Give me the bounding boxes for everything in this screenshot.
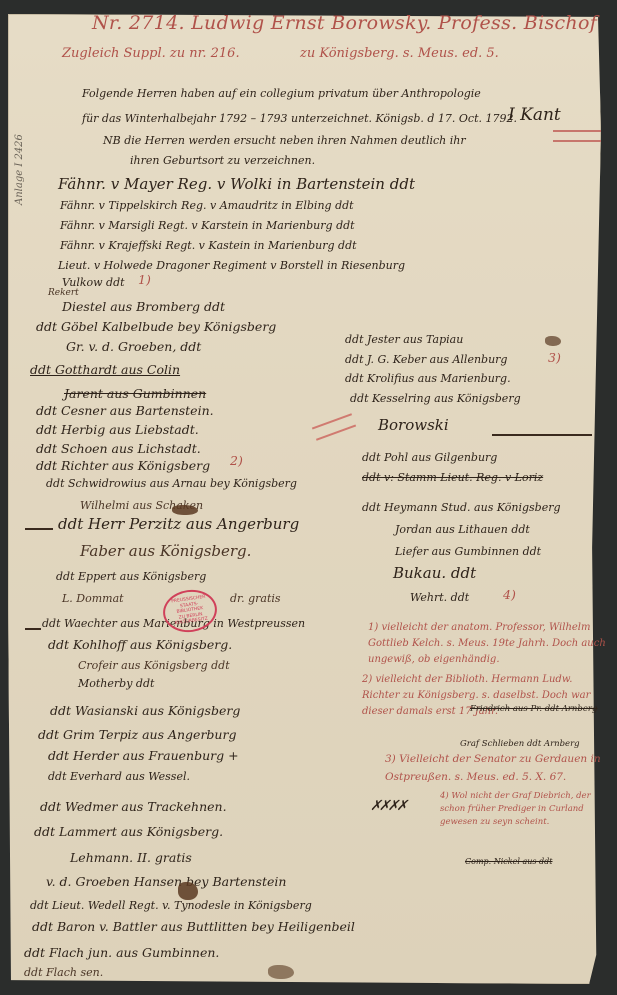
entry: Crofeir aus Königsberg ddt xyxy=(78,660,230,671)
entry: ddt Gotthardt aus Colin xyxy=(30,364,180,377)
right-annotation: Graf Schlieben ddt Arnberg xyxy=(460,740,580,749)
intro-line-4: ihren Geburtsort zu verzeichnen. xyxy=(130,155,315,166)
footnote-marker: 1) xyxy=(138,274,151,287)
right-annotation: Friedrich aus Pr. ddt Arnberg xyxy=(470,705,597,714)
margin-dash xyxy=(25,528,53,530)
entry: ddt Baron v. Battler aus Buttlitten bey … xyxy=(32,921,355,934)
entry: Vulkow ddt xyxy=(62,277,125,288)
footnote-marker: 2) xyxy=(230,455,243,468)
entry: Liefer aus Gumbinnen ddt xyxy=(395,546,541,557)
entry: Wehrt. ddt xyxy=(410,592,469,603)
entry: ddt Herr Perzitz aus Angerburg xyxy=(58,517,299,532)
entry: Diestel aus Bromberg ddt xyxy=(62,301,225,314)
ink-blot xyxy=(545,336,561,346)
intro-line-3: NB die Herren werden ersucht neben ihren… xyxy=(103,135,466,146)
entry: ddt Schoen aus Lichstadt. xyxy=(36,443,201,456)
entry: Motherby ddt xyxy=(78,678,154,689)
entry: Fähnr. v Krajeffski Regt. v Kastein in M… xyxy=(60,240,357,251)
entry: ddt Cesner aus Bartenstein. xyxy=(36,405,214,418)
entry-struck: Jarent aus Gumbinnen xyxy=(64,388,206,401)
entry: ddt Wedmer aus Trackehnen. xyxy=(40,801,227,814)
entry: ddt Flach jun. aus Gumbinnen. xyxy=(24,947,219,960)
entry: Fähnr. v Mayer Reg. v Wolki in Bartenste… xyxy=(58,177,415,192)
entry: ddt Eppert aus Königsberg xyxy=(56,571,206,582)
entry: ddt Lieut. Wedell Regt. v. Tynodesle in … xyxy=(30,900,312,911)
entry-struck: ddt v: Stamm Lieut. Reg. v Loriz xyxy=(362,472,543,483)
entry: Fähnr. v Tippelskirch Reg. v Amaudritz i… xyxy=(60,200,354,211)
entry: ddt Krolifius aus Marienburg. xyxy=(345,373,511,384)
entry: ddt Lammert aus Königsberg. xyxy=(34,826,223,839)
entry: ddt Wasianski aus Königsberg xyxy=(50,705,240,718)
entry: Fähnr. v Marsigli Regt. v Karstein in Ma… xyxy=(60,220,355,231)
line-dash xyxy=(492,434,592,436)
entry: ddt Kesselring aus Königsberg xyxy=(350,393,521,404)
entry: Lieut. v Holwede Dragoner Regiment v Bor… xyxy=(58,260,405,271)
header-supplement: Zugleich Suppl. zu nr. 216. xyxy=(62,47,240,60)
ink-blot xyxy=(268,965,294,979)
header-title: Nr. 2714. Ludwig Ernst Borowsky. Profess… xyxy=(92,14,597,33)
entry: Borowski xyxy=(378,418,449,433)
red-double-underline xyxy=(553,130,601,142)
entry: L. Dommat xyxy=(62,593,124,604)
entry: ddt Everhard aus Wessel. xyxy=(48,771,190,782)
entry: Faber aus Königsberg. xyxy=(80,544,251,559)
entry: ddt J. G. Keber aus Allenburg xyxy=(345,354,507,365)
footnote-marker: 4) xyxy=(503,589,516,602)
intro-line-2: für das Winterhalbejahr 1792 – 1793 unte… xyxy=(82,113,517,124)
entry: Rekert xyxy=(48,289,79,298)
entry: Gr. v. d. Groeben, ddt xyxy=(66,341,201,354)
margin-dash xyxy=(25,628,41,630)
bottom-right-scrawl: Comp. Nickel aus ddt xyxy=(465,858,552,866)
footnote-4: 4) Wol nicht der Graf Diebrich, der scho… xyxy=(440,790,610,829)
entry-annotation: dr. gratis xyxy=(230,593,281,604)
entry: ddt Grim Terpiz aus Angerburg xyxy=(38,729,236,742)
entry: ddt Schwidrowius aus Arnau bey Königsber… xyxy=(46,478,297,489)
header-location: zu Königsberg. s. Meus. ed. 5. xyxy=(300,47,499,60)
entry: ddt Heymann Stud. aus Königsberg xyxy=(362,502,561,513)
scribble-crossout: ✗✗✗✗ xyxy=(370,799,405,813)
kant-signature: I Kant xyxy=(508,107,561,124)
entry: ddt Flach sen. xyxy=(24,967,103,978)
ink-blot xyxy=(178,882,198,900)
archive-mark: Anlage I 2426 xyxy=(14,134,25,205)
entry: ddt Herder aus Frauenburg + xyxy=(48,750,239,763)
entry: Lehmann. II. gratis xyxy=(70,852,192,865)
entry: ddt Richter aus Königsberg xyxy=(36,460,210,473)
intro-line-1: Folgende Herren haben auf ein collegium … xyxy=(82,88,481,99)
footnote-1: 1) vielleicht der anatom. Professor, Wil… xyxy=(368,620,608,668)
entry: ddt Pohl aus Gilgenburg xyxy=(362,452,497,463)
entry: ddt Göbel Kalbelbude bey Königsberg xyxy=(36,321,276,334)
entry: v. d. Groeben Hansen bey Bartenstein xyxy=(46,876,286,889)
footnote-3: 3) Vielleicht der Senator zu Gerdauen in… xyxy=(385,750,610,786)
entry: Jordan aus Lithauen ddt xyxy=(395,524,530,535)
entry: ddt Herbig aus Liebstadt. xyxy=(36,424,199,437)
entry: Bukau. ddt xyxy=(393,566,476,581)
footnote-marker: 3) xyxy=(548,352,561,365)
entry: ddt Kohlhoff aus Königsberg. xyxy=(48,639,232,652)
entry: ddt Jester aus Tapiau xyxy=(345,334,463,345)
ink-blot xyxy=(172,505,198,515)
